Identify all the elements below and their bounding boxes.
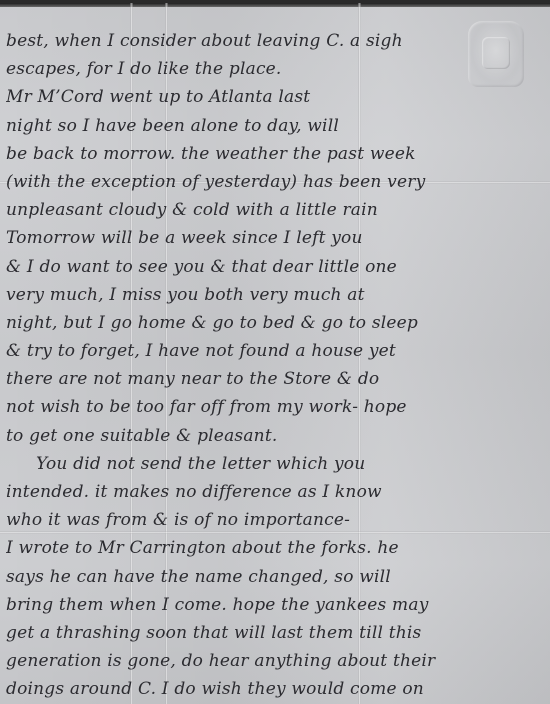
text-line: doings around C. I do wish they would co…	[6, 675, 542, 703]
text-line: (with the exception of yesterday) has be…	[6, 168, 542, 196]
text-line: night, but I go home & go to bed & go to…	[6, 309, 542, 337]
text-line: not wish to be too far off from my work-…	[6, 393, 542, 421]
text-line: says he can have the name changed, so wi…	[6, 563, 542, 591]
text-line: & I do want to see you & that dear littl…	[6, 253, 542, 281]
handwritten-text: best, when I consider about leaving C. a…	[6, 27, 542, 704]
text-line: & try to forget, I have not found a hous…	[6, 337, 542, 365]
text-line: there are not many near to the Store & d…	[6, 365, 542, 393]
text-line: night so I have been alone to day, will	[6, 112, 542, 140]
text-line: escapes, for I do like the place.	[6, 55, 542, 83]
page-top-edge	[0, 3, 550, 7]
text-line: get a thrashing soon that will last them…	[6, 619, 542, 647]
text-line: I wrote to Mr Carrington about the forks…	[6, 534, 542, 562]
text-line: very much, I miss you both very much at	[6, 281, 542, 309]
text-line: intended. it makes no difference as I kn…	[6, 478, 542, 506]
letter-page: best, when I consider about leaving C. a…	[0, 3, 550, 704]
text-line: be back to morrow. the weather the past …	[6, 140, 542, 168]
text-line: unpleasant cloudy & cold with a little r…	[6, 196, 542, 224]
text-line: Mr M’Cord went up to Atlanta last	[6, 83, 542, 111]
text-line: best, when I consider about leaving C. a…	[6, 27, 542, 55]
text-line: generation is gone, do hear anything abo…	[6, 647, 542, 675]
text-line: bring them when I come. hope the yankees…	[6, 591, 542, 619]
text-line: Tomorrow will be a week since I left you	[6, 224, 542, 252]
text-line: You did not send the letter which you	[6, 450, 542, 478]
text-line: to get one suitable & pleasant.	[6, 422, 542, 450]
text-line: who it was from & is of no importance-	[6, 506, 542, 534]
